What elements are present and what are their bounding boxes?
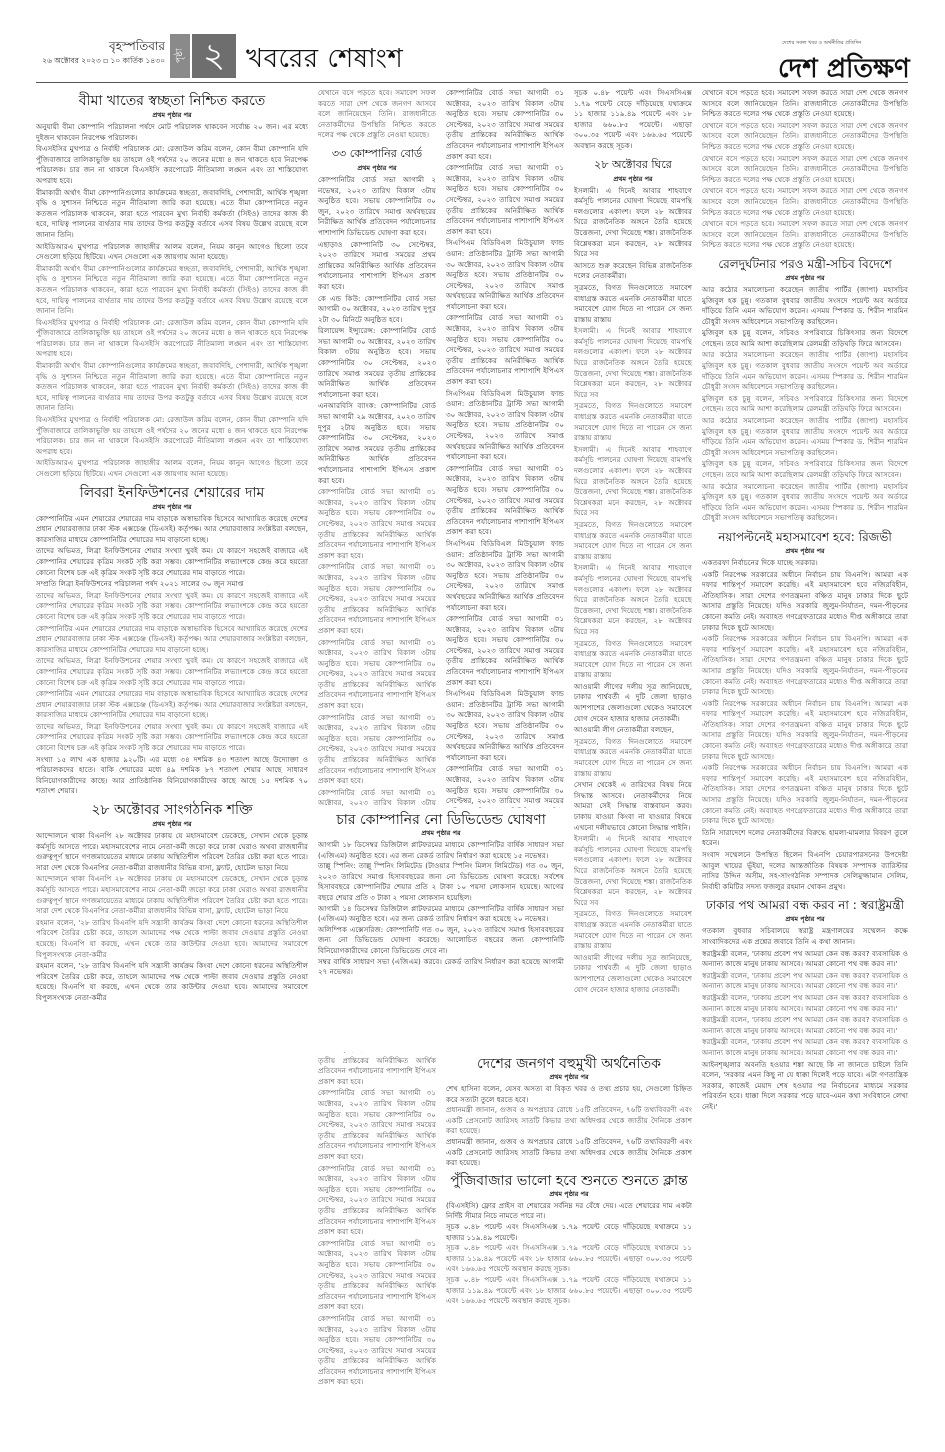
- article-kicker: প্রথম পৃষ্ঠার পর: [36, 111, 308, 120]
- article-insurance: বীমা খাতের স্বচ্ছতা নিশ্চিত করতে প্রথম প…: [36, 92, 308, 480]
- article-kicker: প্রথম পৃষ্ঠার পর: [318, 829, 564, 838]
- article-paragraph: যেখানে বসে পড়তে হবে। সমাবেশ সফল করতে সা…: [702, 154, 908, 186]
- article-paragraph: কোম্পানিটির বোর্ড সভা আগামী ৩১ অক্টোবর, …: [318, 562, 436, 636]
- article-paragraph: কোম্পানিটির বোর্ড সভা আগামী ৩১ অক্টোবর, …: [446, 163, 564, 237]
- article-paragraph: তাদের অভিমত, লিব্রা ইনফিউশনের শেয়ার সংখ…: [36, 546, 308, 578]
- article-paragraph: কোম্পানিটির এমন শেয়ারের শেয়ারের দাম বা…: [36, 514, 308, 546]
- article-kicker: প্রথম পৃষ্ঠার পর: [702, 274, 908, 283]
- article-paragraph: আগামী ১৪ ডিসেম্বর ডিজিটাল প্লাটফরমের মাধ…: [318, 904, 564, 925]
- article-paragraph: তাল্লু স্পিনিং: তাল্লু স্পিনিং লিমিটেড (…: [318, 861, 564, 903]
- article-paragraph: যেখানে বসে পড়তে হবে। সমাবেশ সফল করতে সা…: [702, 186, 908, 218]
- article-paragraph: কোম্পানিটির বোর্ড সভা আগামী ৩১ অক্টোবর, …: [446, 88, 564, 162]
- article-paragraph: সিএপিএম বিডিবিএল মিউচুয়াল ফান্ড ওয়ান: …: [446, 539, 564, 613]
- article-paragraph: সংখ্যা ১৫ লাখ এক হাজার ৯২০টি। এর মধ্যে ৩…: [36, 755, 308, 797]
- article-paragraph: আওয়ামী লীগের দলীয় সূত্র জানিয়েছে, ঢাক…: [574, 682, 692, 724]
- article-paragraph: যেখানে বসে পড়তে হবে। সমাবেশ সফল করতে সা…: [318, 88, 436, 141]
- article-paragraph: অলিম্পিক এক্সেসরিজ: কোম্পানিটি গত ৩০ জুন…: [318, 925, 564, 957]
- article-paragraph: আগামী ১৮ ডিসেম্বর ডিজিটাল প্লাটফরমের মাধ…: [318, 840, 564, 861]
- article-paragraph: কোম্পানিটির বোর্ড সভা আগামী ২ নভেম্বর, ২…: [318, 175, 436, 239]
- article-economy-market: দেশের জনগণ বহুমুখী অর্থনৈতিক প্রথম পৃষ্ঠ…: [446, 1052, 692, 1352]
- article-paragraph: বীমাকারী অর্থাৎ বীমা কোম্পানিগুলোর কার্য…: [36, 361, 308, 414]
- article-paragraph: স্বরাষ্ট্রমন্ত্রী বলেন, 'ঢাকায় প্রবেশ প…: [702, 949, 908, 970]
- article-paragraph: সিএপিএম বিডিবিএল মিউচুয়াল ফান্ড ওয়ান: …: [446, 238, 564, 312]
- article-headline: ঢাকার পথ আমরা বন্ধ করব না : স্বরাষ্ট্রমন…: [702, 896, 908, 914]
- article-paragraph: কোম্পানিটির বোর্ড সভা আগামী ৩১ অক্টোবর, …: [446, 614, 564, 688]
- article-no-dividend: চার কোম্পানির নো ডিভিডেন্ড ঘোষণা প্রথম প…: [318, 808, 564, 1052]
- article-paragraph: সেখান থেকেই এ তারিখের বিষয় নিয়ে সিদ্ধা…: [574, 780, 692, 833]
- article-paragraph: স্বরাষ্ট্রমন্ত্রী বলেন, 'ঢাকায় প্রবেশ প…: [702, 993, 908, 1014]
- article-headline: দেশের জনগণ বহুমুখী অর্থনৈতিক: [446, 1055, 692, 1073]
- article-paragraph: তাদের অভিমত, লিব্রা ইনফিউশনের শেয়ার সংখ…: [36, 656, 308, 688]
- article-paragraph: তাদের অভিমত, লিব্রা ইনফিউশনের শেয়ার সংখ…: [36, 591, 308, 623]
- article-paragraph: বিএসইসির মুখপাত্র ও নির্বাহী পরিচালক মো:…: [36, 415, 308, 457]
- article-paragraph: সূত্রমতে, বিগত দিনগুলোতে সমাবেশ বাধাগ্রস…: [574, 283, 692, 325]
- article-paragraph: বিএসইসির মুখপাত্র ও নির্বাহী পরিচালক মো:…: [36, 144, 308, 186]
- article-paragraph: আর কঠোর সমালোচনা করেছেন জাতীয় পার্টির (…: [702, 482, 908, 524]
- article-rizvi: নয়াপল্টনেই মহাসমাবেশ হবে: রিজভী প্রথম প…: [702, 528, 908, 892]
- article-paragraph: মুজিবুল হক চুন্নু বলেন, সচিবও সপরিবারে চ…: [702, 394, 908, 415]
- article-paragraph: বীমাকারী অর্থাৎ বীমা কোম্পানিগুলোর কার্য…: [36, 188, 308, 241]
- article-paragraph: ইসলামী। এ দিনেই আবার শাহবাগে কর্মসূচি পা…: [574, 563, 692, 637]
- article-paragraph: ইসলামী। এ দিনেই আবার শাহবাগে কর্মসূচি পা…: [574, 834, 692, 908]
- article-paragraph: কোম্পানিটির এমন শেয়ারের শেয়ারের দাম বা…: [36, 624, 308, 656]
- article-paragraph: কে এন্ড কিউ: কোম্পানিটির বোর্ড সভা আগামী…: [318, 294, 436, 326]
- article-paragraph: আওয়ামী লীগ নেতাকর্মীরা বলছেন,: [574, 725, 692, 736]
- article-paragraph: সূচক ০.৪৮ পয়েন্ট এবং সিএসসিএক্স ১.৭৯ পয…: [574, 88, 692, 152]
- article-paragraph: আন্দোলনে থাকা বিএনপি ২৮ অক্টোবর ঢাকায় য…: [36, 831, 308, 873]
- article-paragraph: সূত্রমতে, বিগত দিনগুলোতে সমাবেশ বাধাগ্রস…: [574, 909, 692, 951]
- article-paragraph: কোম্পানিটির বোর্ড সভা আগামী ৩১ অক্টোবর, …: [318, 1088, 436, 1162]
- article-paragraph: কোম্পানিটির এমন শেয়ারের শেয়ারের দাম বা…: [36, 689, 308, 721]
- article-paragraph: আর কঠোর সমালোচনা করেছেন জাতীয় পার্টির (…: [702, 416, 908, 458]
- article-paragraph: একটি নিরপেক্ষ সরকারের অধীনে নির্বাচন চায…: [702, 699, 908, 763]
- article-paragraph: সংবাদ সম্মেলনে উপস্থিত ছিলেন বিএনপি চেয়…: [702, 850, 908, 892]
- article-paragraph: আর কঠোর সমালোচনা করেছেন জাতীয় পার্টির (…: [702, 285, 908, 327]
- article-paragraph: সিএপিএম বিডিবিএল মিউচুয়াল ফান্ড ওয়ান: …: [446, 389, 564, 463]
- article-paragraph: সূচক ০.৪৮ পয়েন্ট এবং সিএসসিএক্স ১.৭৯ পয…: [446, 1243, 692, 1275]
- article-paragraph: ইসলামী। এ দিনেই আবার শাহবাগে কর্মসূচি পা…: [574, 445, 692, 519]
- article-paragraph: (বিএসইসি) ফ্লোর প্রাইস বা শেয়ারের সর্বন…: [446, 1201, 692, 1222]
- article-headline: বীমা খাতের স্বচ্ছতা নিশ্চিত করতে: [36, 92, 308, 110]
- article-kicker: প্রথম পৃষ্ঠার পর: [702, 547, 908, 556]
- article-headline: ২৮ অক্টোবর সাংগঠনিক শক্তি: [36, 801, 308, 819]
- article-paragraph: একটি নিরপেক্ষ সরকারের অধীনে নির্বাচন চায…: [702, 570, 908, 634]
- masthead: বৃহস্পতিবার ২৬ অক্টোবর ২০২৩ ▫ ১০ কার্তিক…: [0, 0, 945, 82]
- article-paragraph: কোম্পানিটির বোর্ড সভা আগামী ৩১ অক্টোবর, …: [318, 487, 436, 561]
- left-column: বীমা খাতের স্বচ্ছতা নিশ্চিত করতে প্রথম প…: [36, 88, 308, 1452]
- article-home-minister: ঢাকার পথ আমরা বন্ধ করব না : স্বরাষ্ট্রমন…: [702, 896, 908, 1112]
- article-paragraph: স্বরাষ্ট্রমন্ত্রী বলেন, 'ঢাকায় প্রবেশ প…: [702, 1037, 908, 1058]
- article-libra: লিবরা ইনফিউশনের শেয়ারের দাম প্রথম পৃষ্ঠ…: [36, 484, 308, 797]
- article-paragraph: সূত্রমতে, বিগত দিনগুলোতে সমাবেশ বাধাগ্রস…: [574, 737, 692, 779]
- article-kicker: প্রথম পৃষ্ঠার পর: [446, 1073, 692, 1082]
- article-paragraph: একতরফা নির্বাচনের দিকে যাচ্ছে সরকার।: [702, 558, 908, 569]
- article-paragraph: তাদের অভিমত, লিব্রা ইনফিউশনের শেয়ার সংখ…: [36, 722, 308, 754]
- article-rail-accident: রেলদুর্ঘটনার পরও মন্ত্রী-সচিব বিদেশে প্র…: [702, 255, 908, 524]
- article-kicker: প্রথম পৃষ্ঠার পর: [446, 1190, 692, 1199]
- article-headline: লিবরা ইনফিউশনের শেয়ারের দাম: [36, 484, 308, 502]
- masthead-day: বৃহস্পতিবার: [95, 38, 165, 58]
- article-paragraph: রহমান বলেন, '২৮ তারিখ বিএনপি যদি সন্ত্রা…: [36, 961, 308, 1003]
- article-paragraph: আসতে শুরু করেছেন বিভিন্ন রাজনৈতিক দলের ন…: [574, 261, 692, 282]
- article-headline: ৩৩ কোম্পানির বোর্ড: [318, 145, 436, 163]
- article-paragraph: সূত্রমতে, বিগত দিনগুলোতে সমাবেশ বাধাগ্রস…: [574, 401, 692, 443]
- article-paragraph: কোম্পানিটির বোর্ড সভা আগামী ৩১ অক্টোবর, …: [318, 1314, 436, 1388]
- article-paragraph: কোম্পানিটির বোর্ড সভা আগামী ৩১ অক্টোবর, …: [318, 638, 436, 712]
- article-paragraph: এছাড়াও কোম্পানিটি ৩০ সেপ্টেম্বর, ২০২৩ ত…: [318, 240, 436, 293]
- article-headline: চার কোম্পানির নো ডিভিডেন্ড ঘোষণা: [318, 811, 564, 829]
- article-paragraph: কোম্পানিটির বোর্ড সভা আগামী ৩১ অক্টোবর, …: [318, 1239, 436, 1313]
- article-kicker: প্রথম পৃষ্ঠার পর: [36, 503, 308, 512]
- article-paragraph: আইডিআরএ মুখপাত্র পরিচালক জাহাঙ্গীর আলম ব…: [36, 458, 308, 479]
- article-kicker: প্রথম পৃষ্ঠার পর: [574, 175, 692, 184]
- article-headline: পুঁজিবাজার ভালো হবে শুনতে শুনতে ক্লান্ত: [446, 1172, 692, 1190]
- article-paragraph: বীমাকারী অর্থাৎ বীমা কোম্পানিগুলোর কার্য…: [36, 264, 308, 317]
- masthead-divider: [36, 82, 908, 83]
- newspaper-logo: দেশ প্রতিক্ষণ: [778, 48, 910, 92]
- masthead-date: ২৬ অক্টোবর ২০২৩ ▫ ১০ কার্তিক ১৪৩০: [40, 56, 165, 68]
- article-paragraph: মুজিবুল হক চুন্নু বলেন, সচিবও সপরিবারে চ…: [702, 328, 908, 349]
- article-paragraph: আইনশৃঙ্খলার অবনতি হওয়ার শঙ্কা আছে কি না…: [702, 1060, 908, 1113]
- article-oct28-strength: ২৮ অক্টোবর সাংগঠনিক শক্তি প্রথম পৃষ্ঠার …: [36, 801, 308, 1004]
- article-kicker: প্রথম পৃষ্ঠার পর: [36, 820, 308, 829]
- page-number: ২: [192, 34, 236, 78]
- article-headline: রেলদুর্ঘটনার পরও মন্ত্রী-সচিব বিদেশে: [702, 255, 908, 273]
- article-paragraph: বিএসইসির মুখপাত্র ও নির্বাহী পরিচালক মো:…: [36, 318, 308, 360]
- article-paragraph: ইসলামী। এ দিনেই আবার শাহবাগে কর্মসূচি পা…: [574, 186, 692, 260]
- article-paragraph: একটি নিরপেক্ষ সরকারের অধীনে নির্বাচন চায…: [702, 763, 908, 827]
- article-paragraph: কোম্পানিটির বোর্ড সভা আগামী ৩১ অক্টোবর, …: [318, 1164, 436, 1238]
- article-paragraph: রিলায়েন্স ইন্স্যুরেন্স: কোম্পানিটির বোর…: [318, 326, 436, 400]
- article-paragraph: সিএপিএম বিডিবিএল মিউচুয়াল ফান্ড ওয়ান: …: [446, 689, 564, 763]
- article-paragraph: কোম্পানিটির বোর্ড সভা আগামী ৩১ অক্টোবর, …: [446, 313, 564, 387]
- article-paragraph: শেখ হাসিনা বলেন, যেসব অসত্য বা বিকৃত খবর…: [446, 1084, 692, 1105]
- article-headline: ২৮ অক্টোবর ঘিরে: [574, 156, 692, 174]
- article-paragraph: আন্দোলনে থাকা বিএনপি ২৮ অক্টোবর ঢাকায় য…: [36, 874, 308, 916]
- article-paragraph: সম্প্রতি লিব্রা ইনফিউশনের পরিচালনা পর্ষদ…: [36, 579, 308, 590]
- article-paragraph: কোম্পানিটির বোর্ড সভা আগামী ৩১ অক্টোবর, …: [446, 464, 564, 538]
- article-paragraph: যেখানে বসে পড়তে হবে। সমাবেশ সফল করতে সা…: [702, 121, 908, 153]
- article-paragraph: মুজিবুল হক চুন্নু বলেন, সচিবও সপরিবারে চ…: [702, 459, 908, 480]
- article-paragraph: প্রধানমন্ত্রী জানান, গুজব ও অপপ্রচার রোধ…: [446, 1137, 692, 1169]
- article-paragraph: সূত্রমতে, বিগত দিনগুলোতে সমাবেশ বাধাগ্রস…: [574, 520, 692, 562]
- article-paragraph: গতকাল বুধবার সচিবালয়ে স্বরাষ্ট্র মন্ত্র…: [702, 926, 908, 947]
- article-paragraph: সূচক ০.৪৮ পয়েন্ট এবং সিএসসিএক্স ১.৭৯ পয…: [446, 1222, 692, 1243]
- article-paragraph: স্বরাষ্ট্রমন্ত্রী বলেন, 'ঢাকায় প্রবেশ প…: [702, 1015, 908, 1036]
- article-paragraph: এনআরবিসি ব্যাংক: কোম্পানিটির বোর্ড সভা আ…: [318, 401, 436, 486]
- article-paragraph: ইসলামী। এ দিনেই আবার শাহবাগে কর্মসূচি পা…: [574, 326, 692, 400]
- article-kicker: প্রথম পৃষ্ঠার পর: [702, 915, 908, 924]
- article-paragraph: স্বরাষ্ট্রমন্ত্রী বলেন, 'ঢাকায় প্রবেশ প…: [702, 971, 908, 992]
- article-paragraph: অনুযায়ী বীমা কোম্পানি পরিচালনা পর্ষদে ম…: [36, 122, 308, 143]
- article-paragraph: সম্বর বার্ষিক সাধারণ সভা (এজিএম) করবে। র…: [318, 957, 564, 978]
- article-paragraph: তিনি সারাদেশে দলের নেতাকর্মীদের বিরুদ্ধে…: [702, 828, 908, 849]
- article-paragraph: কোম্পানিটির বোর্ড সভা আগামী ৩১ অক্টোবর, …: [318, 713, 436, 787]
- section-title: খবরের শেষাংশ: [246, 38, 403, 82]
- article-paragraph: যেখানে বসে পড়তে হবে। সমাবেশ সফল করতে সা…: [702, 88, 908, 120]
- article-paragraph: সূত্রমতে, বিগত দিনগুলোতে সমাবেশ বাধাগ্রস…: [574, 639, 692, 681]
- article-paragraph: আইডিআরএ মুখপাত্র পরিচালক জাহাঙ্গীর আলম ব…: [36, 242, 308, 263]
- article-headline: নয়াপল্টনেই মহাসমাবেশ হবে: রিজভী: [702, 528, 908, 546]
- article-paragraph: প্রধানমন্ত্রী জানান, গুজব ও অপপ্রচার রোধ…: [446, 1105, 692, 1137]
- article-paragraph: যেখানে বসে পড়তে হবে। সমাবেশ সফল করতে সা…: [702, 219, 908, 251]
- article-paragraph: সূচক ০.৪৮ পয়েন্ট এবং সিএসসিএক্স ১.৭৯ পয…: [446, 1275, 692, 1307]
- logo-tagline: দেশের সকল খবর ও অর্থনীতির প্রতিদিন: [782, 40, 861, 48]
- article-paragraph: আর কঠোর সমালোচনা করেছেন জাতীয় পার্টির (…: [702, 350, 908, 392]
- column-board: যেখানে বসে পড়তে হবে। সমাবেশ সফল করতে সা…: [318, 88, 436, 1452]
- article-paragraph: একটি নিরপেক্ষ সরকারের অধীনে নির্বাচন চায…: [702, 634, 908, 698]
- article-paragraph: আওয়ামী লীগের দলীয় সূত্র জানিয়েছে, ঢাক…: [574, 953, 692, 995]
- article-paragraph: রহমান বলেন, '২৮ তারিখ বিএনপি যদি সন্ত্রা…: [36, 918, 308, 960]
- page-tag: পৃষ্ঠা: [170, 34, 190, 78]
- right-column: যেখানে বসে পড়তে হবে। সমাবেশ সফল করতে সা…: [702, 88, 908, 1452]
- article-kicker: প্রথম পৃষ্ঠার পর: [318, 164, 436, 173]
